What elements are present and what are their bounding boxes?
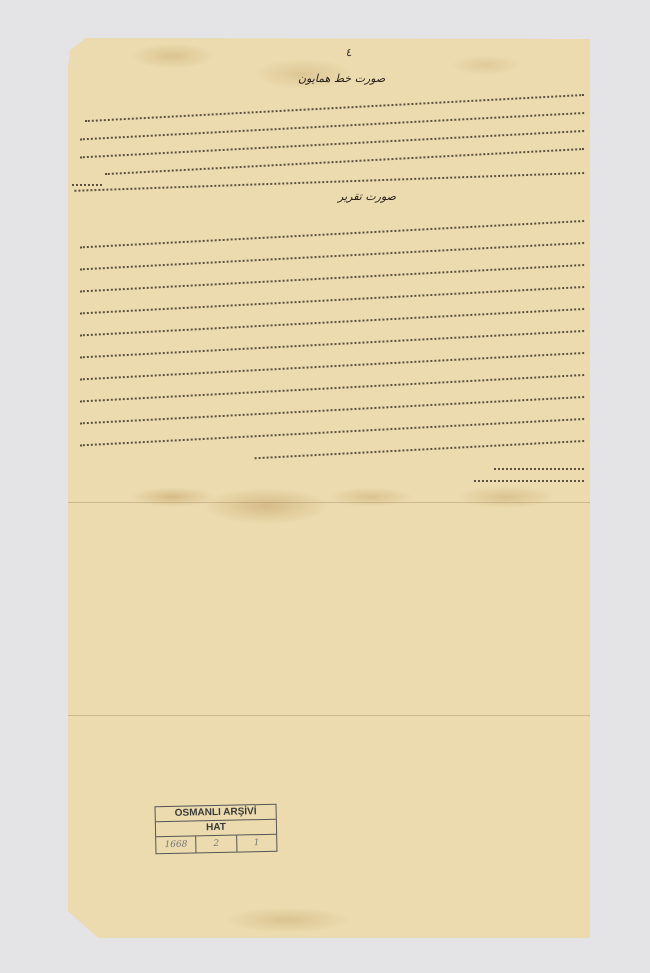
handwritten-line	[72, 178, 102, 186]
page-number: ٤	[346, 46, 352, 59]
archive-stamp: OSMANLI ARŞİVİ HAT 1668 2 1	[155, 804, 278, 855]
stamp-cell-sheet-number: 1	[237, 835, 277, 852]
handwritten-line	[254, 434, 584, 459]
document-heading: صورت خط همایون	[298, 72, 385, 85]
handwritten-line	[474, 474, 584, 482]
handwritten-line	[494, 462, 584, 470]
stamp-cell-shelf-number: 2	[196, 836, 237, 853]
stamp-cell-file-number: 1668	[156, 836, 197, 853]
paper-fold-line	[68, 715, 590, 716]
document-paper: ٤ صورت خط همایون صورت تقریر OSMANLI ARŞİ…	[68, 38, 590, 938]
paper-fold-line	[68, 502, 590, 503]
section-heading: صورت تقریر	[338, 190, 396, 203]
